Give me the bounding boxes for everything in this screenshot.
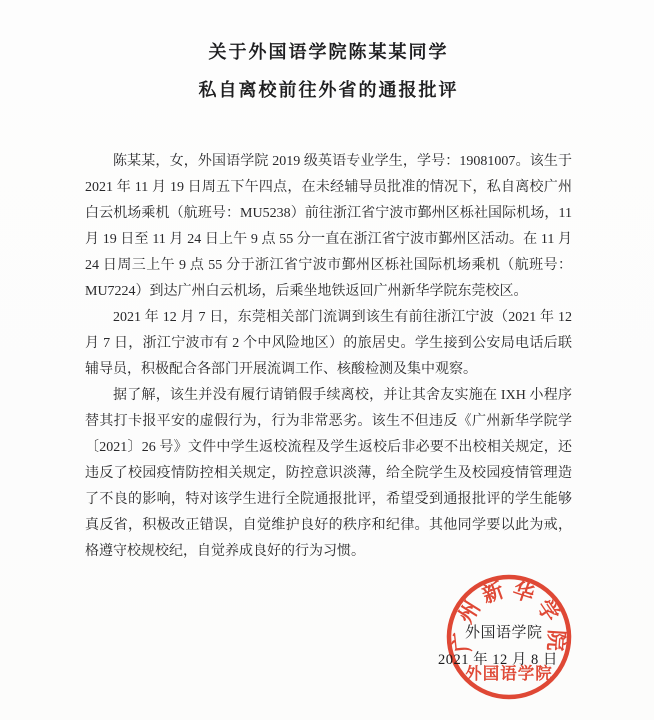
body-line: 〔2021〕26 号》文件中学生返校流程及学生返校后非必要不出校相关规定，还 <box>85 435 572 461</box>
seal-arc-char: 华 <box>510 578 537 607</box>
body-line: 据了解，该生并没有履行请销假手续离校，并让其舍友实施在 IXH 小程序代 <box>85 383 572 409</box>
signature-department: 外国语学院 <box>465 621 543 642</box>
body-line: 24 日周三上午 9 点 55 分于浙江省宁波市鄞州区栎社国际机场乘机（航班号： <box>85 253 572 279</box>
title-line-2: 私自离校前往外省的通报批评 <box>85 71 572 109</box>
title-line-1: 关于外国语学院陈某某同学 <box>85 33 572 71</box>
body-line: 2021 年 12 月 7 日，东莞相关部门流调到该生有前往浙江宁波（2021 … <box>85 305 572 331</box>
seal-arc-text: 广州新华学院 <box>449 578 568 654</box>
body-line: 2021 年 11 月 19 日周五下午四点，在未经辅导员批准的情况下，私自离校… <box>85 175 572 201</box>
body-line: 陈某某，女，外国语学院 2019 级英语专业学生，学号：19081007。该生于 <box>85 149 572 175</box>
body-line: 违反了校园疫情防控相关规定，防控意识淡薄，给全院学生及校园疫情管理造成 <box>85 461 572 487</box>
document-body: 陈某某，女，外国语学院 2019 级英语专业学生，学号：19081007。该生于… <box>85 149 572 565</box>
document-page: 关于外国语学院陈某某同学 私自离校前往外省的通报批评 陈某某，女，外国语学院 2… <box>0 0 654 720</box>
document-title: 关于外国语学院陈某某同学 私自离校前往外省的通报批评 <box>85 33 572 109</box>
body-line: MU7224）到达广州白云机场，后乘坐地铁返回广州新华学院东莞校区。 <box>85 279 572 305</box>
body-line: 了不良的影响，特对该学生进行全院通报批评，希望受到通报批评的学生能够认 <box>85 487 572 513</box>
body-line: 月 7 日，浙江宁波市有 2 个中风险地区）的旅居史。学生接到公安局电话后联系 <box>85 331 572 357</box>
body-line: 真反省，积极改正错误，自觉维护良好的秩序和纪律。其他同学要以此为戒，严 <box>85 513 572 539</box>
body-line: 格遵守校规校纪，自觉养成良好的行为习惯。 <box>85 539 572 565</box>
body-line: 辅导员，积极配合各部门开展流调工作、核酸检测及集中观察。 <box>85 357 572 383</box>
body-line: 月 19 日至 11 月 24 日上午 9 点 55 分一直在浙江省宁波市鄞州区… <box>85 227 572 253</box>
signature-date: 2021 年 12 月 8 日 <box>438 648 558 669</box>
body-line: 替其打卡报平安的虚假行为，行为非常恶劣。该生不但违反《广州新华学院学生 <box>85 409 572 435</box>
body-line: 白云机场乘机（航班号：MU5238）前往浙江省宁波市鄞州区栎社国际机场，11 <box>85 201 572 227</box>
